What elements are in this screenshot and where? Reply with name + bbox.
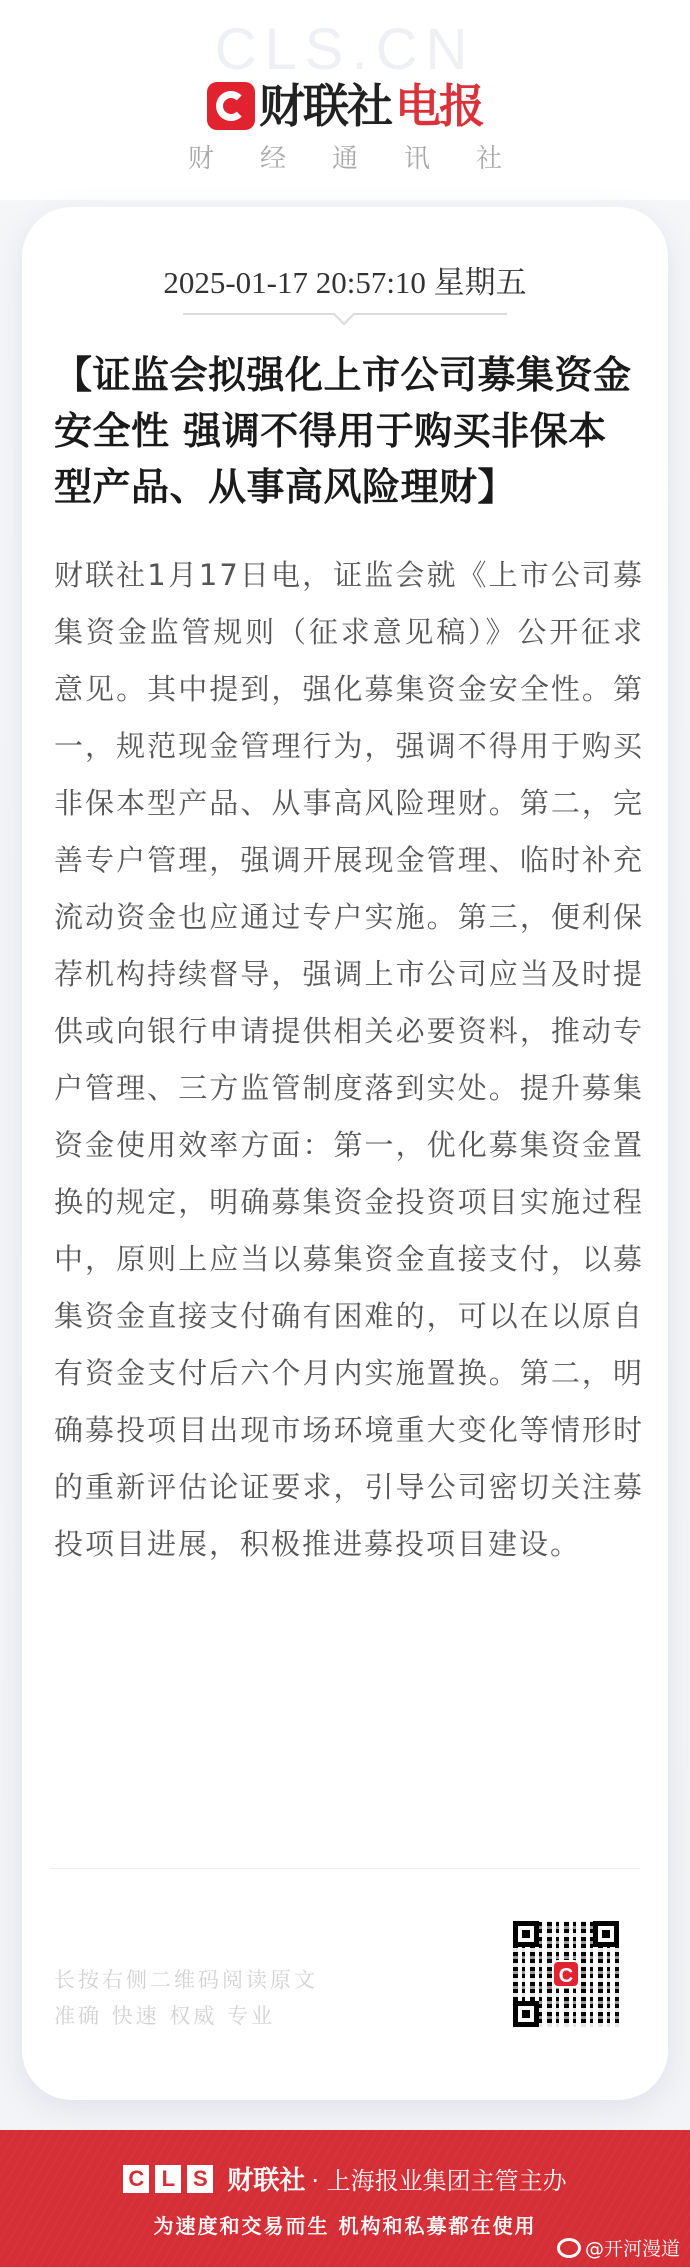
logo-telegraph-text: 电报 [395,80,483,132]
logo-brand-text: 财联社 [259,80,391,132]
qr-finder-icon [513,1921,539,1947]
article-body: 财联社1月17日电，证监会就《上市公司募集资金监管规则（征求意见稿）》公开征求意… [54,547,644,1573]
weibo-icon [557,2238,581,2258]
cls-letter-s: S [187,2165,213,2193]
weibo-watermark: @开河漫道 [557,2234,680,2261]
watermark-text: CLS.CN [0,16,690,83]
cls-letter-c: C [123,2165,149,2193]
brand-header: CLS.CN 财联社 电报 财经通讯社 [0,0,690,200]
logo-subtitle: 财经通讯社 [0,138,690,175]
article-headline: 【证监会拟强化上市公司募集资金安全性 强调不得用于购买非保本型产品、从事高风险理… [54,347,644,515]
read-original-hint: 长按右侧二维码阅读原文 [54,1964,318,1994]
separator [50,1868,640,1869]
weibo-handle: @开河漫道 [585,2234,680,2261]
article-datetime: 2025-01-17 20:57:10 星期五 [22,257,668,302]
cls-letter-l: L [155,2165,181,2193]
qr-finder-icon [593,1921,619,1947]
divider-notch-icon [333,303,356,326]
qr-logo-icon: C [552,1960,580,1988]
article-card: 2025-01-17 20:57:10 星期五 【证监会拟强化上市公司募集资金安… [22,207,668,2100]
footer-banner: C L S 财联社 · 上海报业集团主管主办 为速度和交易而生 机构和私募都在使… [0,2130,690,2267]
logo: 财联社 电报 [0,80,690,132]
banner-org: · 上海报业集团主管主办 [311,2161,566,2196]
banner-brand: 财联社 [227,2160,305,2197]
qr-finder-icon [513,2001,539,2027]
slogan-tagline: 准确 快速 权威 专业 [54,2000,275,2030]
qr-code[interactable]: C [513,1921,619,2027]
cls-logo-icon [207,82,255,130]
